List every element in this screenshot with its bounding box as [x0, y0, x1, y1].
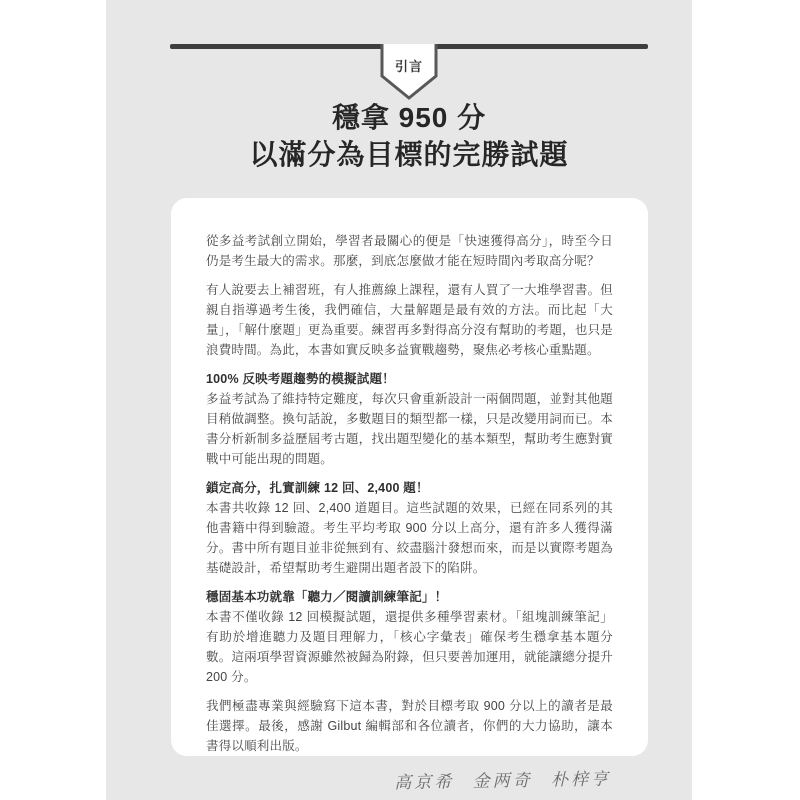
- page-title: 穩拿 950 分 以滿分為目標的完勝試題: [126, 99, 692, 173]
- badge-label: 引言: [380, 56, 438, 75]
- title-line-2: 以滿分為目標的完勝試題: [126, 136, 692, 173]
- heading-fundamentals: 穩固基本功就靠「聽力／閱讀訓練筆記」！: [206, 587, 613, 607]
- paragraph-fundamentals: 本書不僅收錄 12 回模擬試題，還提供多種學習素材。「組塊訓練筆記」有助於增進聽…: [206, 607, 613, 687]
- paragraph-method: 有人說要去上補習班，有人推薦線上課程，還有人買了一大堆學習書。但親自指導過考生後…: [206, 280, 613, 360]
- paragraph-closing: 我們極盡專業與經驗寫下這本書，對於目標考取 900 分以上的讀者是最佳選擇。最後…: [206, 696, 613, 756]
- title-line-1: 穩拿 950 分: [126, 99, 692, 136]
- content-card: 從多益考試創立開始，學習者最關心的便是「快速獲得高分」，時至今日仍是考生最大的需…: [171, 198, 648, 756]
- page-background: 引言 穩拿 950 分 以滿分為目標的完勝試題 從多益考試創立開始，學習者最關心…: [106, 0, 692, 800]
- heading-trend: 100% 反映考題趨勢的模擬試題！: [206, 369, 613, 389]
- author-signature: 高京希 金两奇 朴梓亨: [206, 764, 613, 796]
- paragraph-intro: 從多益考試創立開始，學習者最關心的便是「快速獲得高分」，時至今日仍是考生最大的需…: [206, 231, 613, 271]
- paragraph-trend: 多益考試為了維持特定難度，每次只會重新設計一兩個問題，並對其他題目稍做調整。換句…: [206, 389, 613, 469]
- heading-practice: 鎖定高分，扎實訓練 12 回、2,400 題！: [206, 478, 613, 498]
- intro-banner-badge: 引言: [380, 44, 438, 102]
- paragraph-practice: 本書共收錄 12 回、2,400 道題目。這些試題的效果，已經在同系列的其他書籍…: [206, 498, 613, 578]
- book-intro-page: 引言 穩拿 950 分 以滿分為目標的完勝試題 從多益考試創立開始，學習者最關心…: [0, 0, 800, 800]
